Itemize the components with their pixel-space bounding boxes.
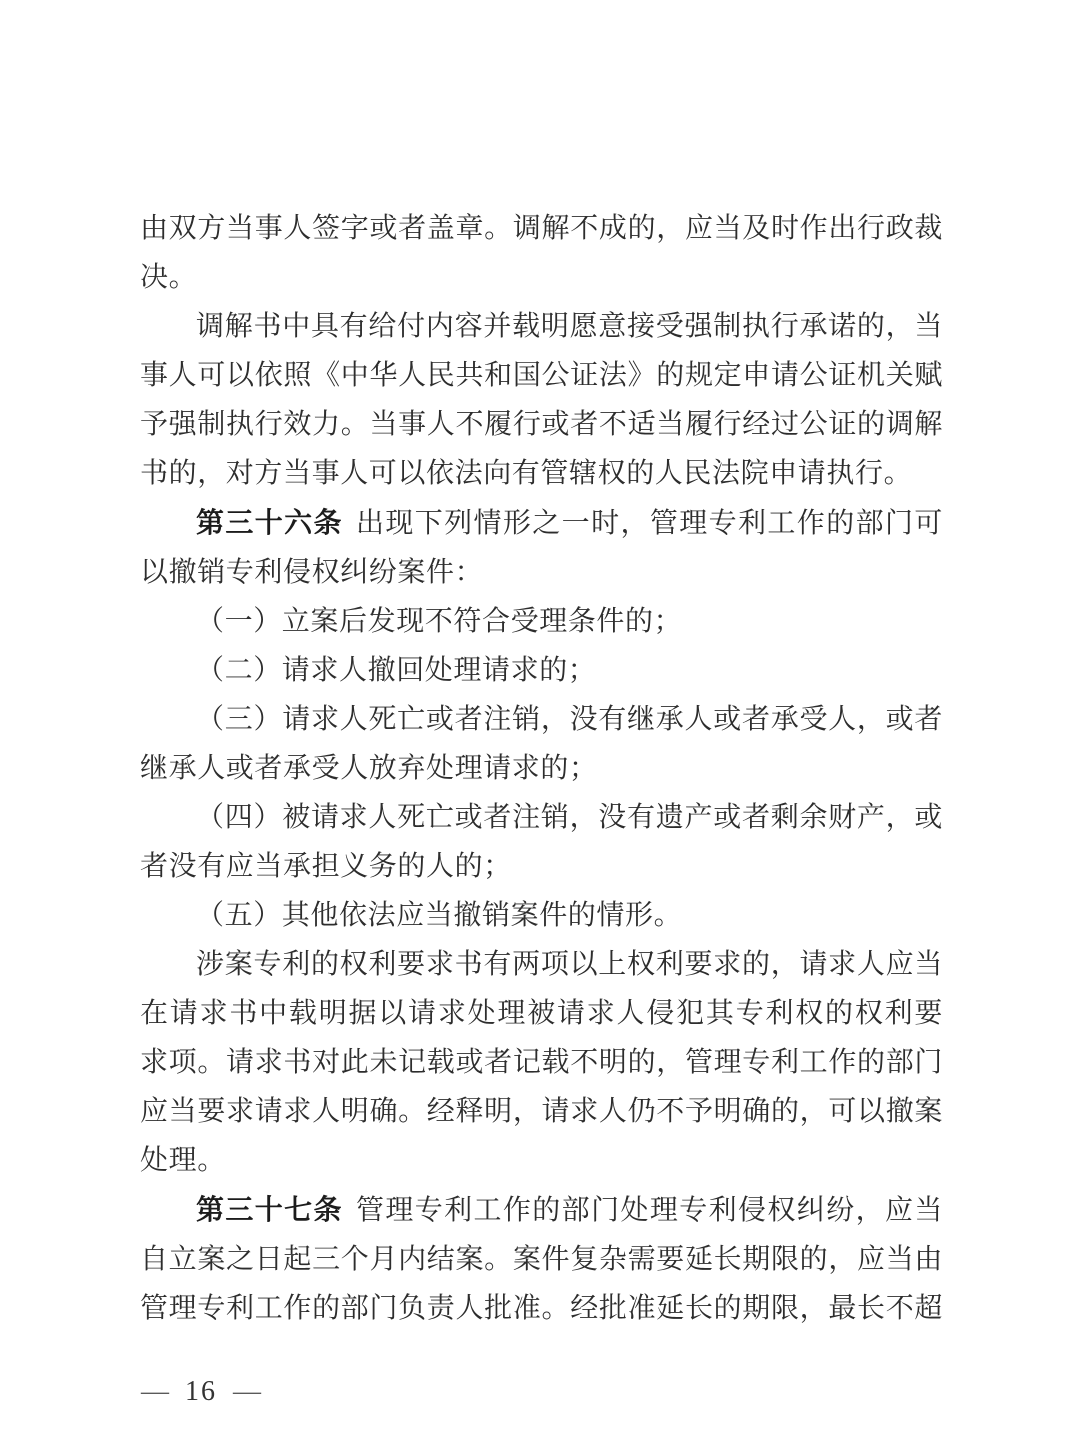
list-item-2: （二）请求人撤回处理请求的；	[140, 646, 943, 695]
list-item-5: （五）其他依法应当撤销案件的情形。	[140, 891, 943, 940]
article-36: 第三十六条出现下列情形之一时，管理专利工作的部门可 以撤销专利侵权纠纷案件：	[140, 498, 943, 597]
text-line: 应当要求请求人明确。经释明，请求人仍不予明确的，可以撤案	[140, 1087, 943, 1136]
article-37: 第三十七条管理专利工作的部门处理专利侵权纠纷，应当 自立案之日起三个月内结案。案…	[140, 1185, 943, 1333]
text-line: 处理。	[140, 1136, 943, 1185]
document-text-block: 由双方当事人签字或者盖章。调解不成的，应当及时作出行政裁 决。 调解书中具有给付…	[140, 204, 943, 1333]
text-line: 决。	[140, 253, 943, 302]
list-item-1: （一）立案后发现不符合受理条件的；	[140, 597, 943, 646]
text-line: 继承人或者承受人放弃处理请求的；	[140, 744, 943, 793]
text-line: 自立案之日起三个月内结案。案件复杂需要延长期限的，应当由	[140, 1235, 943, 1284]
text-line: 事人可以依照《中华人民共和国公证法》的规定申请公证机关赋	[140, 351, 943, 400]
text-line: （二）请求人撤回处理请求的；	[140, 646, 943, 695]
footer-dash-left: —	[141, 1376, 169, 1407]
text-line: 第三十六条出现下列情形之一时，管理专利工作的部门可	[140, 498, 943, 548]
paragraph-continuation: 由双方当事人签字或者盖章。调解不成的，应当及时作出行政裁 决。	[140, 204, 943, 302]
footer-dash-right: —	[233, 1376, 261, 1407]
article-36-lead-text: 出现下列情形之一时，管理专利工作的部门可	[356, 508, 943, 539]
scanned-document-page: 由双方当事人签字或者盖章。调解不成的，应当及时作出行政裁 决。 调解书中具有给付…	[0, 0, 1080, 1447]
page-number: 16	[185, 1376, 217, 1407]
text-line: 由双方当事人签字或者盖章。调解不成的，应当及时作出行政裁	[140, 204, 943, 253]
text-line: 者没有应当承担义务的人的；	[140, 842, 943, 891]
article-37-lead-text: 管理专利工作的部门处理专利侵权纠纷，应当	[356, 1195, 943, 1226]
text-line: （四）被请求人死亡或者注销，没有遗产或者剩余财产，或	[140, 793, 943, 842]
article-36-number: 第三十六条	[196, 507, 343, 538]
text-line: 求项。请求书对此未记载或者记载不明的，管理专利工作的部门	[140, 1038, 943, 1087]
paragraph-claims-requirement: 涉案专利的权利要求书有两项以上权利要求的，请求人应当 在请求书中载明据以请求处理…	[140, 940, 943, 1185]
text-line: 书的，对方当事人可以依法向有管辖权的人民法院申请执行。	[140, 449, 943, 498]
page-footer: —16—	[141, 1376, 261, 1408]
text-line: 予强制执行效力。当事人不履行或者不适当履行经过公证的调解	[140, 400, 943, 449]
text-line: （五）其他依法应当撤销案件的情形。	[140, 891, 943, 940]
text-line: 第三十七条管理专利工作的部门处理专利侵权纠纷，应当	[140, 1185, 943, 1235]
text-line: 调解书中具有给付内容并载明愿意接受强制执行承诺的，当	[140, 302, 943, 351]
list-item-3: （三）请求人死亡或者注销，没有继承人或者承受人，或者 继承人或者承受人放弃处理请…	[140, 695, 943, 793]
text-line: （一）立案后发现不符合受理条件的；	[140, 597, 943, 646]
text-line: 在请求书中载明据以请求处理被请求人侵犯其专利权的权利要	[140, 989, 943, 1038]
paragraph-mediation-enforcement: 调解书中具有给付内容并载明愿意接受强制执行承诺的，当 事人可以依照《中华人民共和…	[140, 302, 943, 498]
text-line: 涉案专利的权利要求书有两项以上权利要求的，请求人应当	[140, 940, 943, 989]
article-37-number: 第三十七条	[196, 1194, 343, 1225]
text-line: 以撤销专利侵权纠纷案件：	[140, 548, 943, 597]
text-line: （三）请求人死亡或者注销，没有继承人或者承受人，或者	[140, 695, 943, 744]
text-line: 管理专利工作的部门负责人批准。经批准延长的期限，最长不超	[140, 1284, 943, 1333]
list-item-4: （四）被请求人死亡或者注销，没有遗产或者剩余财产，或 者没有应当承担义务的人的；	[140, 793, 943, 891]
